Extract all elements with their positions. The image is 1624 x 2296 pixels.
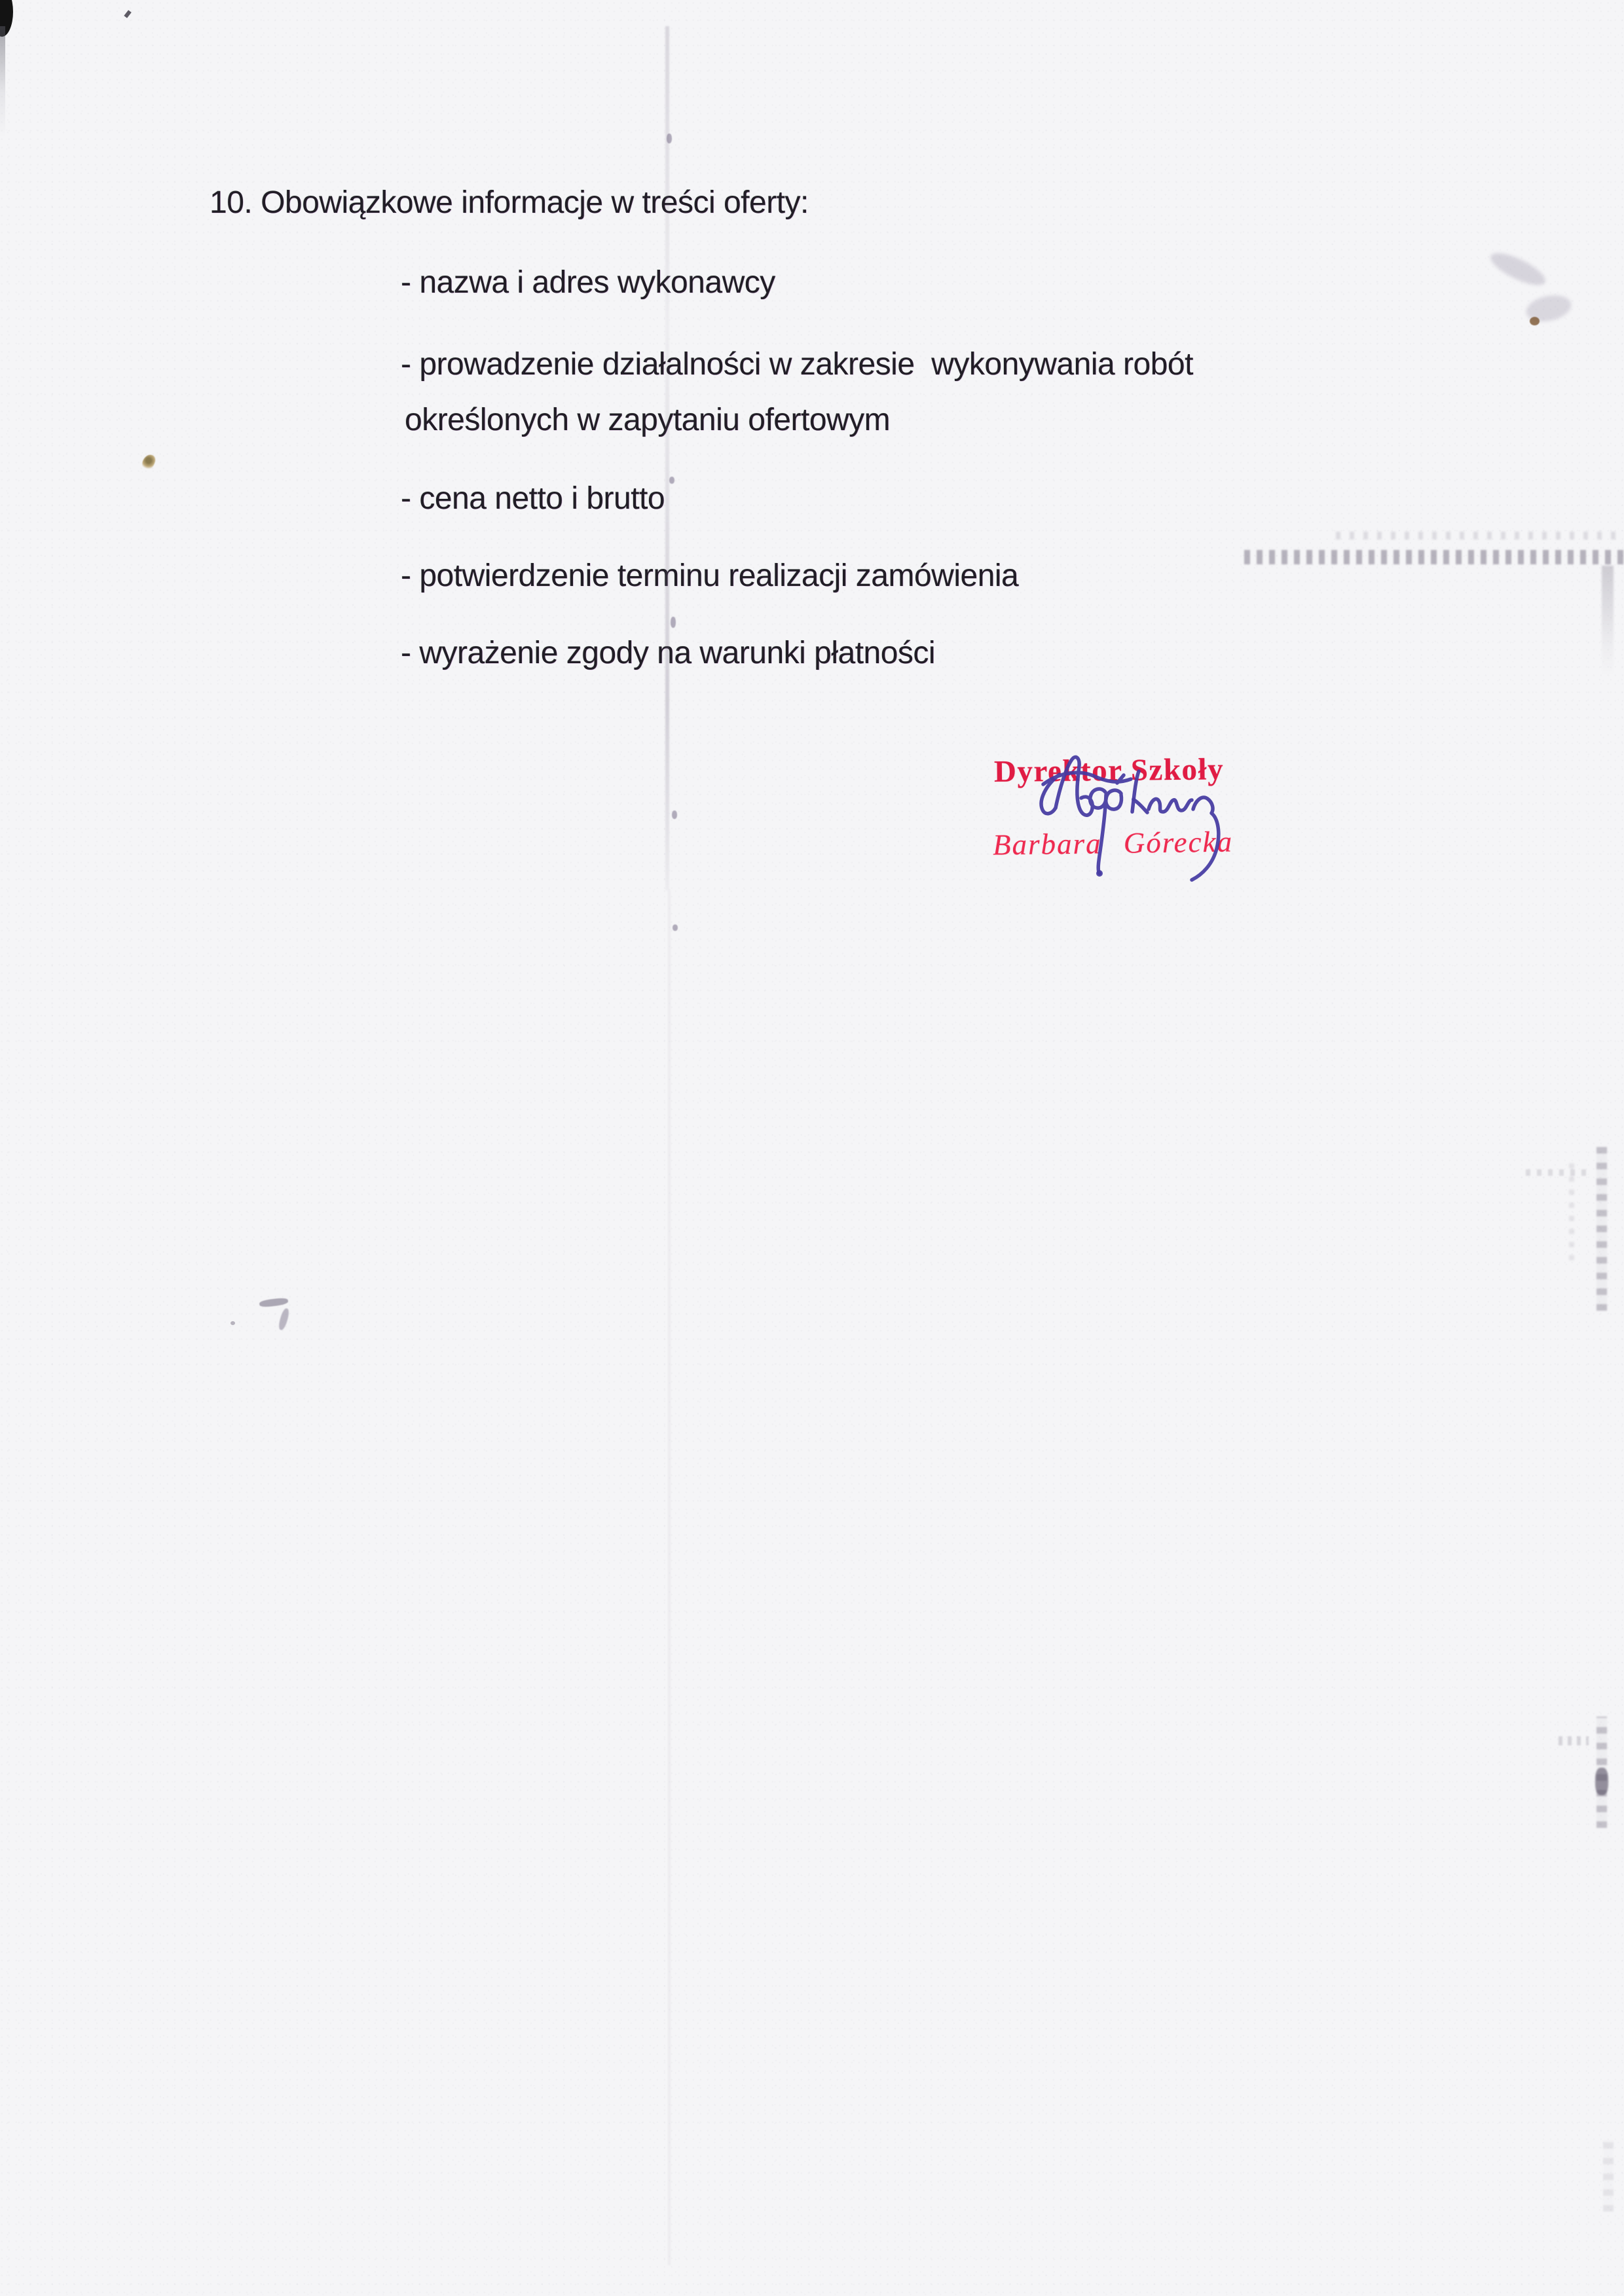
paper-crease-line xyxy=(665,26,669,890)
signature-ink-blob xyxy=(1096,870,1103,877)
signature-stroke-b-loop xyxy=(1056,757,1092,815)
scanned-document-page: 10. Obowiązkowe informacje w treści ofer… xyxy=(0,0,1624,2296)
scan-smudge-mark xyxy=(259,1297,288,1307)
crease-speck xyxy=(672,811,677,819)
scan-speck xyxy=(231,1321,235,1325)
bullet-line-2b: określonych w zapytaniu ofertowym xyxy=(405,402,890,439)
crease-speck xyxy=(669,477,674,484)
toner-blob xyxy=(1595,1768,1608,1795)
paper-crease-line xyxy=(668,890,671,2265)
scanner-edge-fade xyxy=(0,26,5,137)
crease-speck xyxy=(673,924,678,931)
crease-speck xyxy=(671,617,676,628)
bullet-line-5: - wyrażenie zgody na warunki płatności xyxy=(401,635,935,672)
signature-stroke-waves xyxy=(1149,799,1192,812)
bullet-line-3: - cena netto i brutto xyxy=(401,481,665,517)
scan-smudge-top-right xyxy=(1524,291,1574,325)
signature-ink-blob-small xyxy=(1132,797,1135,801)
paper-stain-speck xyxy=(1530,317,1540,325)
section-heading: 10. Obowiązkowe informacje w treści ofer… xyxy=(210,185,809,221)
scanner-corner-shadow xyxy=(0,0,13,37)
signature-stroke-final-y-tail xyxy=(1192,797,1219,880)
handwritten-signature-svg xyxy=(1022,752,1231,889)
scan-smudge-top-right xyxy=(1486,247,1549,291)
bullet-line-2a: - prowadzenie działalności w zakresie wy… xyxy=(401,346,1193,383)
bullet-line-4: - potwierdzenie terminu realizacji zamów… xyxy=(401,558,1018,594)
toner-streak-vertical xyxy=(1603,2140,1614,2212)
toner-streak-vertical xyxy=(1596,1147,1607,1311)
toner-streak-vertical xyxy=(1569,1162,1574,1260)
toner-streak-vertical xyxy=(1602,566,1614,677)
scan-smudge-mark xyxy=(278,1307,291,1331)
toner-specks xyxy=(1559,1736,1589,1745)
signature-stroke-k xyxy=(1132,771,1147,812)
crease-speck xyxy=(667,134,672,143)
toner-specks xyxy=(1526,1169,1591,1176)
toner-streak-horizontal xyxy=(1244,550,1624,564)
bullet-line-1: - nazwa i adres wykonawcy xyxy=(401,264,775,301)
paper-stain-speck xyxy=(140,453,157,472)
toner-streak-horizontal xyxy=(1336,532,1624,539)
toner-streak-vertical xyxy=(1596,1717,1607,1828)
scan-speck xyxy=(124,10,132,18)
